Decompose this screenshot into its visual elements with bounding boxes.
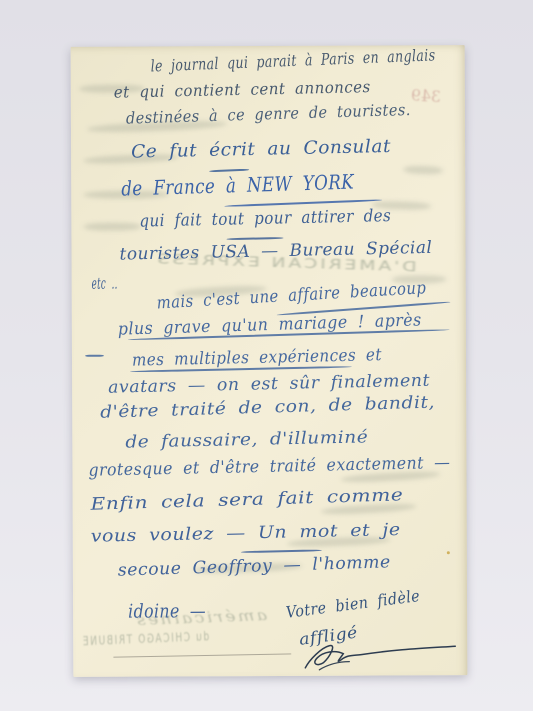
manuscript-line: qui fait tout pour attirer des xyxy=(139,208,391,230)
paper-blemish xyxy=(447,551,450,554)
pen-underline-stroke xyxy=(241,549,322,552)
manuscript-line: touristes USA — Bureau Spécial xyxy=(119,240,432,264)
handwriting-layer: le journal qui parait à Paris en anglais… xyxy=(71,45,468,677)
manuscript-line: vous voulez — Un mot et je xyxy=(91,522,401,546)
photo-of-handwritten-letter: 349D'AMERICAN EXPRESSaméricainesdu CHICA… xyxy=(0,0,533,711)
manuscript-line: etc .. xyxy=(92,276,118,292)
letter-page: 349D'AMERICAN EXPRESSaméricainesdu CHICA… xyxy=(71,45,468,677)
manuscript-line: Ce fut écrit au Consulat xyxy=(131,138,391,162)
manuscript-line: grotesque et d'être traité exactement — xyxy=(88,455,450,480)
manuscript-line: d'être traité de con, de bandit, xyxy=(100,395,435,422)
manuscript-line: et qui contient cent annonces xyxy=(114,79,371,101)
manuscript-line: mais c'est une affaire beaucoup xyxy=(156,280,426,312)
pen-underline-stroke xyxy=(226,237,283,240)
manuscript-line: de faussaire, d'illuminé xyxy=(125,429,368,451)
manuscript-line: le journal qui parait à Paris en anglais xyxy=(150,47,435,74)
manuscript-line: idoine — xyxy=(128,602,206,621)
pen-underline-stroke xyxy=(209,169,249,172)
manuscript-line: Votre bien fidèle xyxy=(285,588,421,621)
manuscript-line: secoue Geoffroy — l'homme xyxy=(118,554,391,579)
signature-paraphe xyxy=(299,635,464,678)
manuscript-line: destinées à ce genre de touristes. xyxy=(126,102,411,127)
pen-underline-stroke xyxy=(85,355,104,357)
pen-underline-stroke xyxy=(224,199,382,207)
manuscript-line: avatars — on est sûr finalement xyxy=(108,373,430,397)
manuscript-line: Enfin cela sera fait comme xyxy=(90,487,403,514)
manuscript-line: de France à NEW YORK xyxy=(121,172,354,199)
